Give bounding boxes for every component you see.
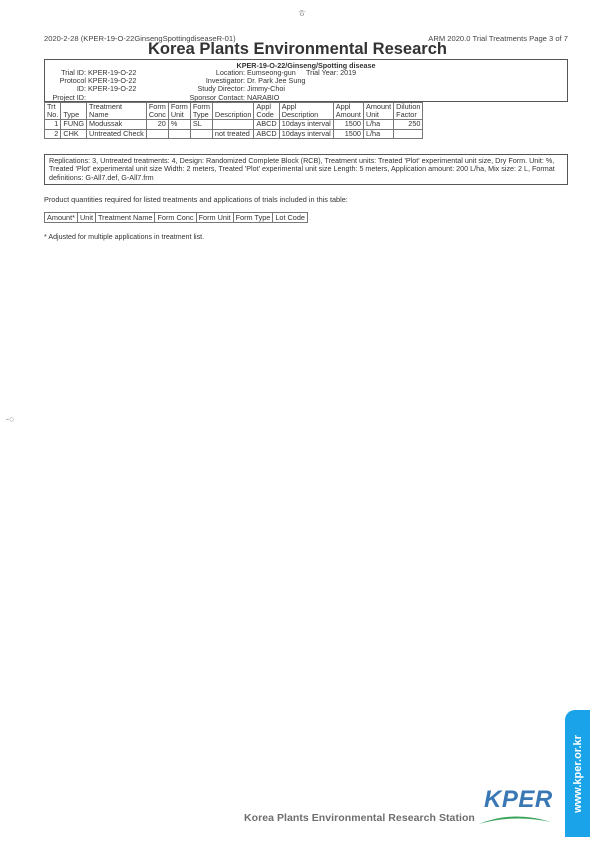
table-cell [212,120,254,129]
column-header: ApplDescription [279,103,333,120]
column-header: Unit [78,213,96,223]
treatments-table: TrtNo. TypeTreatmentNameFormConcFormUnit… [44,102,423,139]
column-header: Type [61,103,87,120]
footnote: * Adjusted for multiple applications in … [44,233,204,241]
column-header: TrtNo. [45,103,61,120]
table-cell: ABCD [254,120,279,129]
column-header: ApplCode [254,103,279,120]
column-header: FormConc [146,103,168,120]
logo-text: KPER [484,786,553,814]
column-header: FormUnit [168,103,190,120]
footer-organization: Korea Plants Environmental Research Stat… [244,812,475,824]
logo-swoosh-icon [477,812,553,826]
table-cell: Untreated Check [87,129,147,138]
table-cell: L/ha [363,129,393,138]
column-header: TreatmentName [87,103,147,120]
table-cell: 1500 [333,120,363,129]
punch-hole-mark: ㅎ [297,5,307,20]
table-row: 2CHKUntreated Check not treatedABCD10day… [45,129,423,138]
column-header: ApplAmount [333,103,363,120]
table-cell: 10days interval [279,129,333,138]
table-cell: CHK [61,129,87,138]
column-header: Treatment Name [95,213,154,223]
table-cell [168,129,190,138]
table-cell [394,129,423,138]
column-header: DilutionFactor [394,103,423,120]
column-header: Form Conc [155,213,196,223]
sponsor-contact-value: NARABIO [247,94,305,102]
trial-contact-values: Eumseong-gun Dr. Park Jee Sung Jimmy-Cho… [247,69,305,102]
table-cell: not treated [212,129,254,138]
product-quantities-table: Amount*UnitTreatment NameForm ConcForm U… [44,212,308,223]
product-quantities-header-row: Amount*UnitTreatment NameForm ConcForm U… [45,213,308,223]
project-id-value: KPER-19-O-22 [88,85,136,93]
table-header-row: TrtNo. TypeTreatmentNameFormConcFormUnit… [45,103,423,120]
column-header: Lot Code [273,213,308,223]
table-cell: 1500 [333,129,363,138]
trial-info-box: KPER-19-O-22/Ginseng/Spotting disease Tr… [44,59,568,102]
project-id-label: Project ID: [49,94,86,102]
table-cell: ABCD [254,129,279,138]
table-cell: 20 [146,120,168,129]
sponsor-contact-label: Sponsor Contact: [155,94,245,102]
table-cell: 250 [394,120,423,129]
trial-id-labels: Trial ID: Protocol ID: Project ID: [49,69,86,102]
table-cell: SL [190,120,212,129]
page-title: Korea Plants Environmental Research [0,40,595,59]
table-row: 1FUNGModussak20%SL ABCD10days interval15… [45,120,423,129]
table-cell: 2 [45,129,61,138]
column-header: Form Type [233,213,273,223]
table-cell: Modussak [87,120,147,129]
kper-logo: KPER [477,786,557,826]
trial-year: Trial Year: 2019 [306,69,356,77]
trial-contact-labels: Location: Investigator: Study Director: … [155,69,245,102]
column-header: Amount* [45,213,78,223]
product-quantities-label: Product quantities required for listed t… [44,195,348,204]
protocol-id-label: Protocol ID: [49,77,86,93]
website-tab: www.kper.or.kr [565,710,590,837]
column-header: Form Unit [196,213,233,223]
table-cell: 10days interval [279,120,333,129]
trial-design-notes: Replications: 3, Untreated treatments: 4… [44,154,568,185]
table-cell: FUNG [61,120,87,129]
column-header: AmountUnit [363,103,393,120]
table-cell: L/ha [363,120,393,129]
trial-id-values: KPER-19-O-22 KPER-19-O-22 KPER-19-O-22 [88,69,136,94]
website-text: www.kper.or.kr [572,735,584,813]
column-header: Description [212,103,254,120]
table-cell: % [168,120,190,129]
table-cell [190,129,212,138]
column-header: FormType [190,103,212,120]
table-cell: 1 [45,120,61,129]
table-cell [146,129,168,138]
punch-hole-mark: -○ [6,414,14,424]
